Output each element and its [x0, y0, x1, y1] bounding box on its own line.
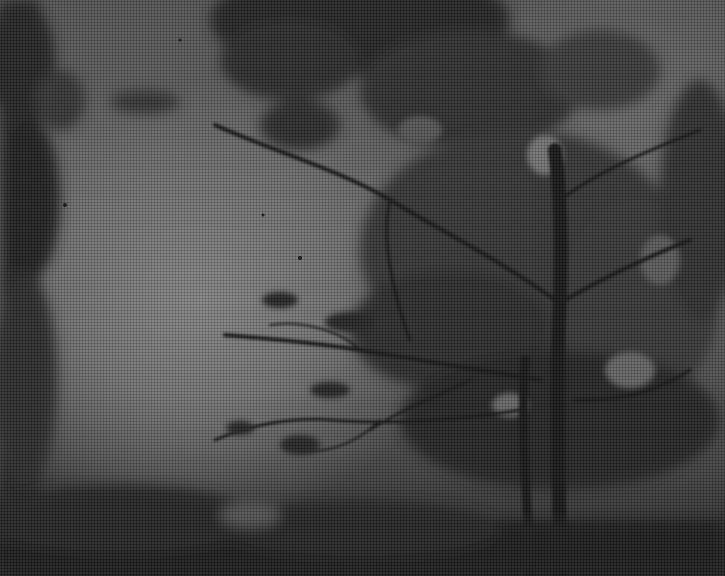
landscape-photo: Grainy grayscale halftone photograph of … — [0, 0, 725, 576]
canopy-top — [110, 0, 660, 150]
tree-silhouettes — [0, 0, 725, 576]
ground-shrubs — [0, 485, 725, 576]
leaf-clumps — [226, 292, 375, 455]
